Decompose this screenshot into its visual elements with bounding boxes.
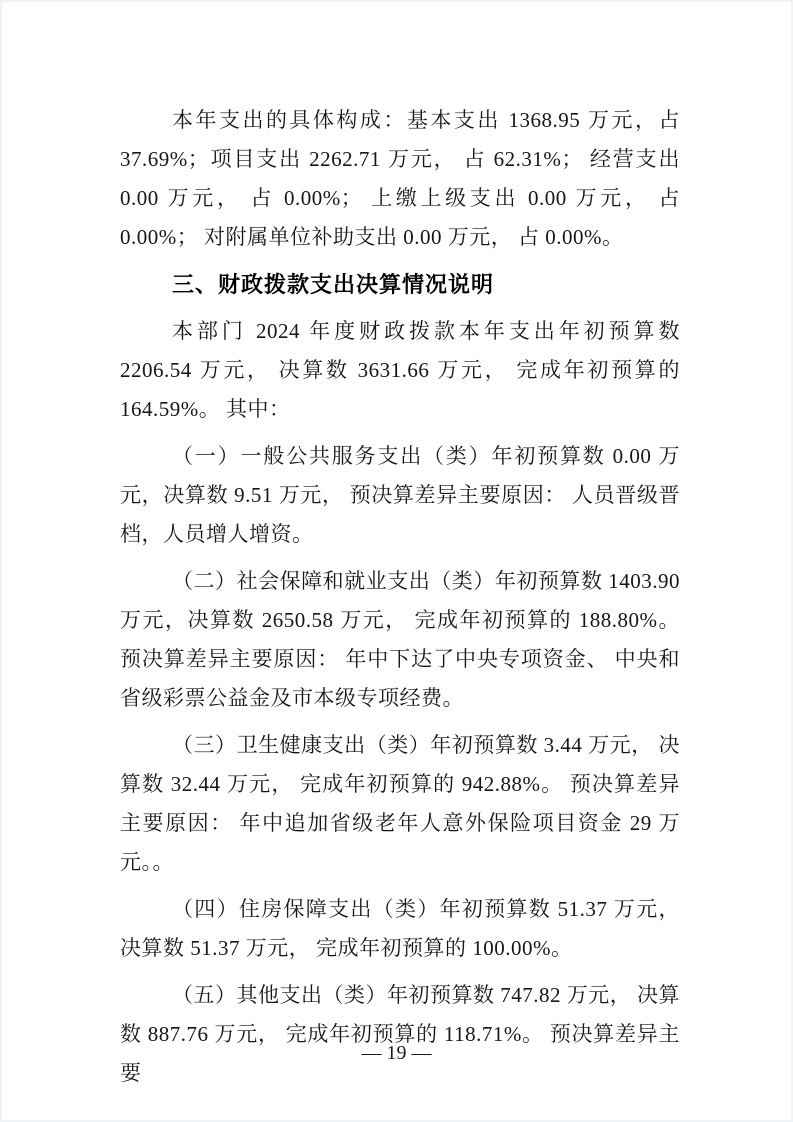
paragraph-item-1-general-public-services: （一）一般公共服务支出（类）年初预算数 0.00 万元，决算数 9.51 万元，…	[120, 437, 680, 554]
paragraph-item-3-health: （三）卫生健康支出（类）年初预算数 3.44 万元， 决算数 32.44 万元，…	[120, 726, 680, 882]
paragraph-item-2-social-security-employment: （二）社会保障和就业支出（类）年初预算数 1403.90 万元，决算数 2650…	[120, 562, 680, 718]
paragraph-item-5-other-expenditure: （五）其他支出（类）年初预算数 747.82 万元， 决算数 887.76 万元…	[120, 976, 680, 1093]
document-page: 本年支出的具体构成：基本支出 1368.95 万元，占 37.69%；项目支出 …	[0, 0, 793, 1122]
document-body: 本年支出的具体构成：基本支出 1368.95 万元，占 37.69%；项目支出 …	[120, 101, 680, 1101]
paragraph-expenditure-composition: 本年支出的具体构成：基本支出 1368.95 万元，占 37.69%；项目支出 …	[120, 101, 680, 257]
page-number: — 19 —	[0, 1040, 793, 1066]
paragraph-fiscal-appropriation-overview: 本部门 2024 年度财政拨款本年支出年初预算数 2206.54 万元， 决算数…	[120, 312, 680, 429]
section-heading-fiscal-appropriation-expenditure: 三、财政拨款支出决算情况说明	[120, 265, 680, 304]
paragraph-item-4-housing-security: （四）住房保障支出（类）年初预算数 51.37 万元， 决算数 51.37 万元…	[120, 890, 680, 968]
